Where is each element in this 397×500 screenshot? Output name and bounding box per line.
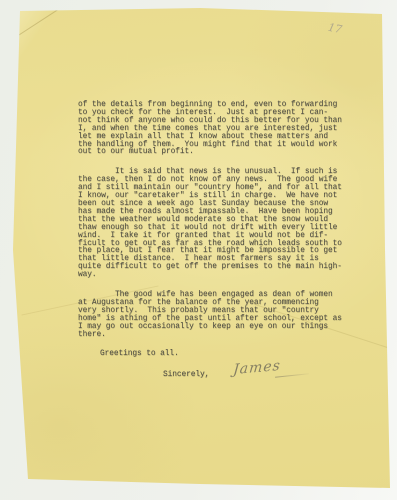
letter-page: 17 of the details from beginning to end,… xyxy=(0,0,397,500)
letter-body: of the details from beginning to end, ev… xyxy=(78,102,366,380)
closing-row: Sincerely, James xyxy=(163,372,366,380)
signature-flourish xyxy=(275,374,309,379)
signature-handwritten: James xyxy=(233,363,281,375)
scan-background: 17 of the details from beginning to end,… xyxy=(0,0,397,500)
letter-paragraph-1: of the details from beginning to end, ev… xyxy=(78,102,366,157)
letter-paragraph-3: The good wife has been engaged as dean o… xyxy=(78,292,366,339)
closing-salutation: Sincerely, xyxy=(163,371,209,379)
page-number-annotation: 17 xyxy=(327,21,343,37)
letter-paragraph-2: It is said that news is the unusual. If … xyxy=(78,169,366,280)
corner-fold xyxy=(0,0,70,60)
greeting-line: Greetings to all. xyxy=(100,351,366,359)
